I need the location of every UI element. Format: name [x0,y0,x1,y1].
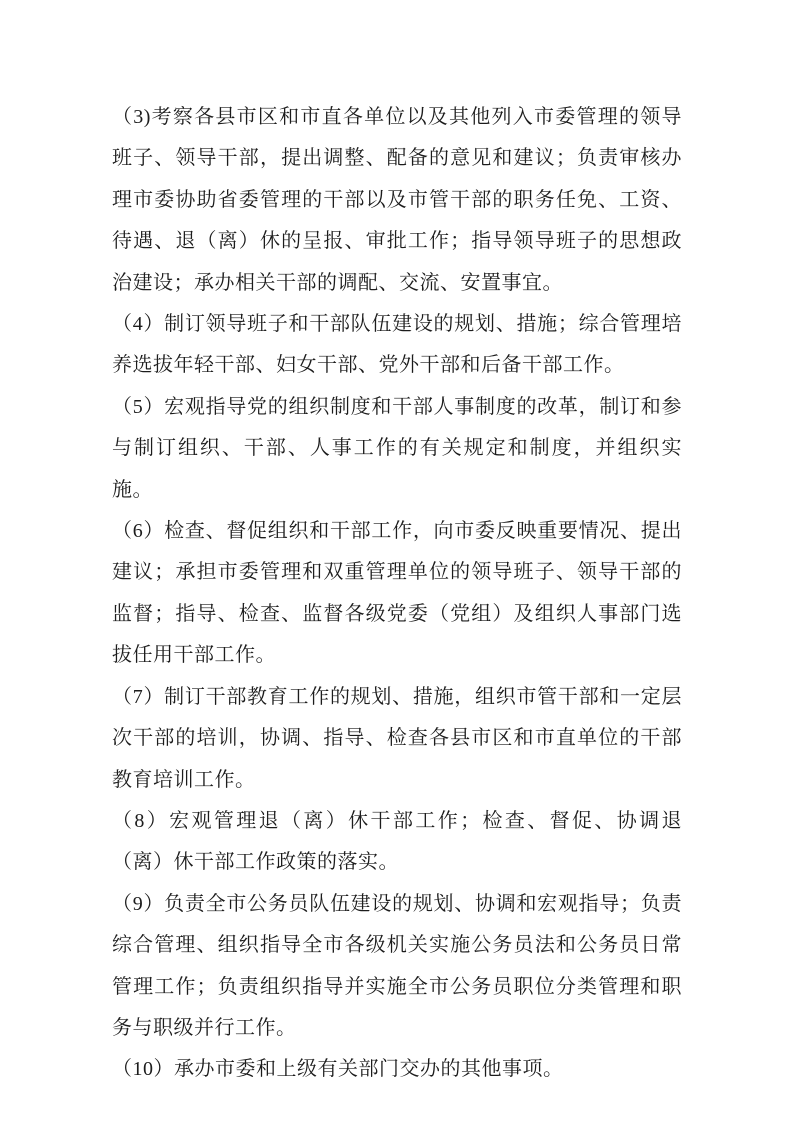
paragraph-item-8: （8）宏观管理退（离）休干部工作；检查、督促、协调退（离）休干部工作政策的落实。 [112,801,682,884]
document-page: （3)考察各县市区和市直各单位以及其他列入市委管理的领导班子、领导干部，提出调整… [0,0,793,1122]
paragraph-item-5: （5）宏观指导党的组织制度和干部人事制度的改革，制订和参与制订组织、干部、人事工… [112,387,682,511]
paragraph-item-4: （4）制订领导班子和干部队伍建设的规划、措施；综合管理培养选拔年轻干部、妇女干部… [112,304,682,387]
paragraph-item-10: （10）承办市委和上级有关部门交办的其他事项。 [112,1049,682,1090]
paragraph-item-7: （7）制订干部教育工作的规划、措施，组织市管干部和一定层次干部的培训，协调、指导… [112,677,682,801]
document-body: （3)考察各县市区和市直各单位以及其他列入市委管理的领导班子、领导干部，提出调整… [112,97,682,1091]
paragraph-item-9: （9）负责全市公务员队伍建设的规划、协调和宏观指导；负责综合管理、组织指导全市各… [112,884,682,1050]
paragraph-item-3: （3)考察各县市区和市直各单位以及其他列入市委管理的领导班子、领导干部，提出调整… [112,97,682,304]
paragraph-item-6: （6）检查、督促组织和干部工作，向市委反映重要情况、提出建议；承担市委管理和双重… [112,511,682,677]
